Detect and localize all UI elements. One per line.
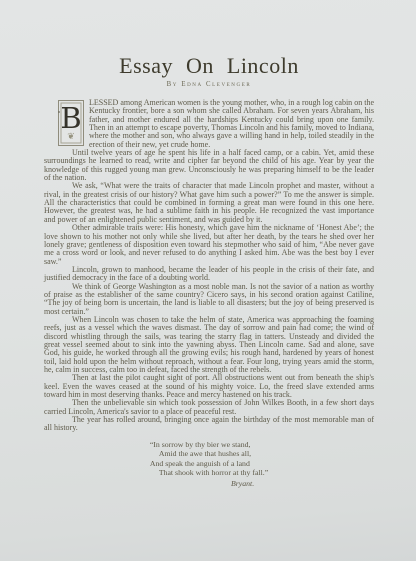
essay-page: Essay On Lincoln By Edna Clevenger B❦LES… [0,0,416,561]
floral-ornament-icon: ❦ [67,133,75,142]
essay-body: B❦LESSED among American women is the you… [44,99,374,488]
paragraph-text: LESSED among American women is the young… [89,98,374,149]
drop-cap-box: B❦ [58,100,84,146]
paragraph-pilot-port: Then at last the pilot caught sight of p… [44,374,374,399]
paragraph-we-ask: We ask, “What were the traits of charact… [44,182,374,224]
paragraph-admirable-traits: Other admirable traits were: His honesty… [44,224,374,266]
paragraph-until-twelve: Until twelve years of age he spent his l… [44,149,374,182]
scan-speck [58,111,60,113]
poem-line: That shook with horror at thy fall.” [150,468,268,478]
paragraph-booth: Then the unbelievable sin which took pos… [44,399,374,416]
paragraph-george-washington: We think of George Washington as a most … [44,283,374,316]
paragraph-helm-of-state: When Lincoln was chosen to take the helm… [44,316,374,374]
poem-line: Amid the awe that hushes all, [150,449,268,459]
paragraph-grown-to-manhood: Lincoln, grown to manhood, became the le… [44,266,374,283]
poem-line: And speak the anguish of a land [150,459,268,469]
page-content: Essay On Lincoln By Edna Clevenger B❦LES… [44,54,374,488]
poem-attribution: Bryant. [150,479,268,489]
poem: “In sorrow by thy bier we stand, Amid th… [150,440,268,489]
page-title: Essay On Lincoln [44,54,374,78]
byline: By Edna Clevenger [44,81,374,89]
paragraph-blessed: B❦LESSED among American women is the you… [44,99,374,149]
drop-cap-letter: B [60,104,81,133]
poem-line: “In sorrow by thy bier we stand, [150,440,268,450]
paragraph-year-rolled: The year has rolled around, bringing onc… [44,416,374,433]
